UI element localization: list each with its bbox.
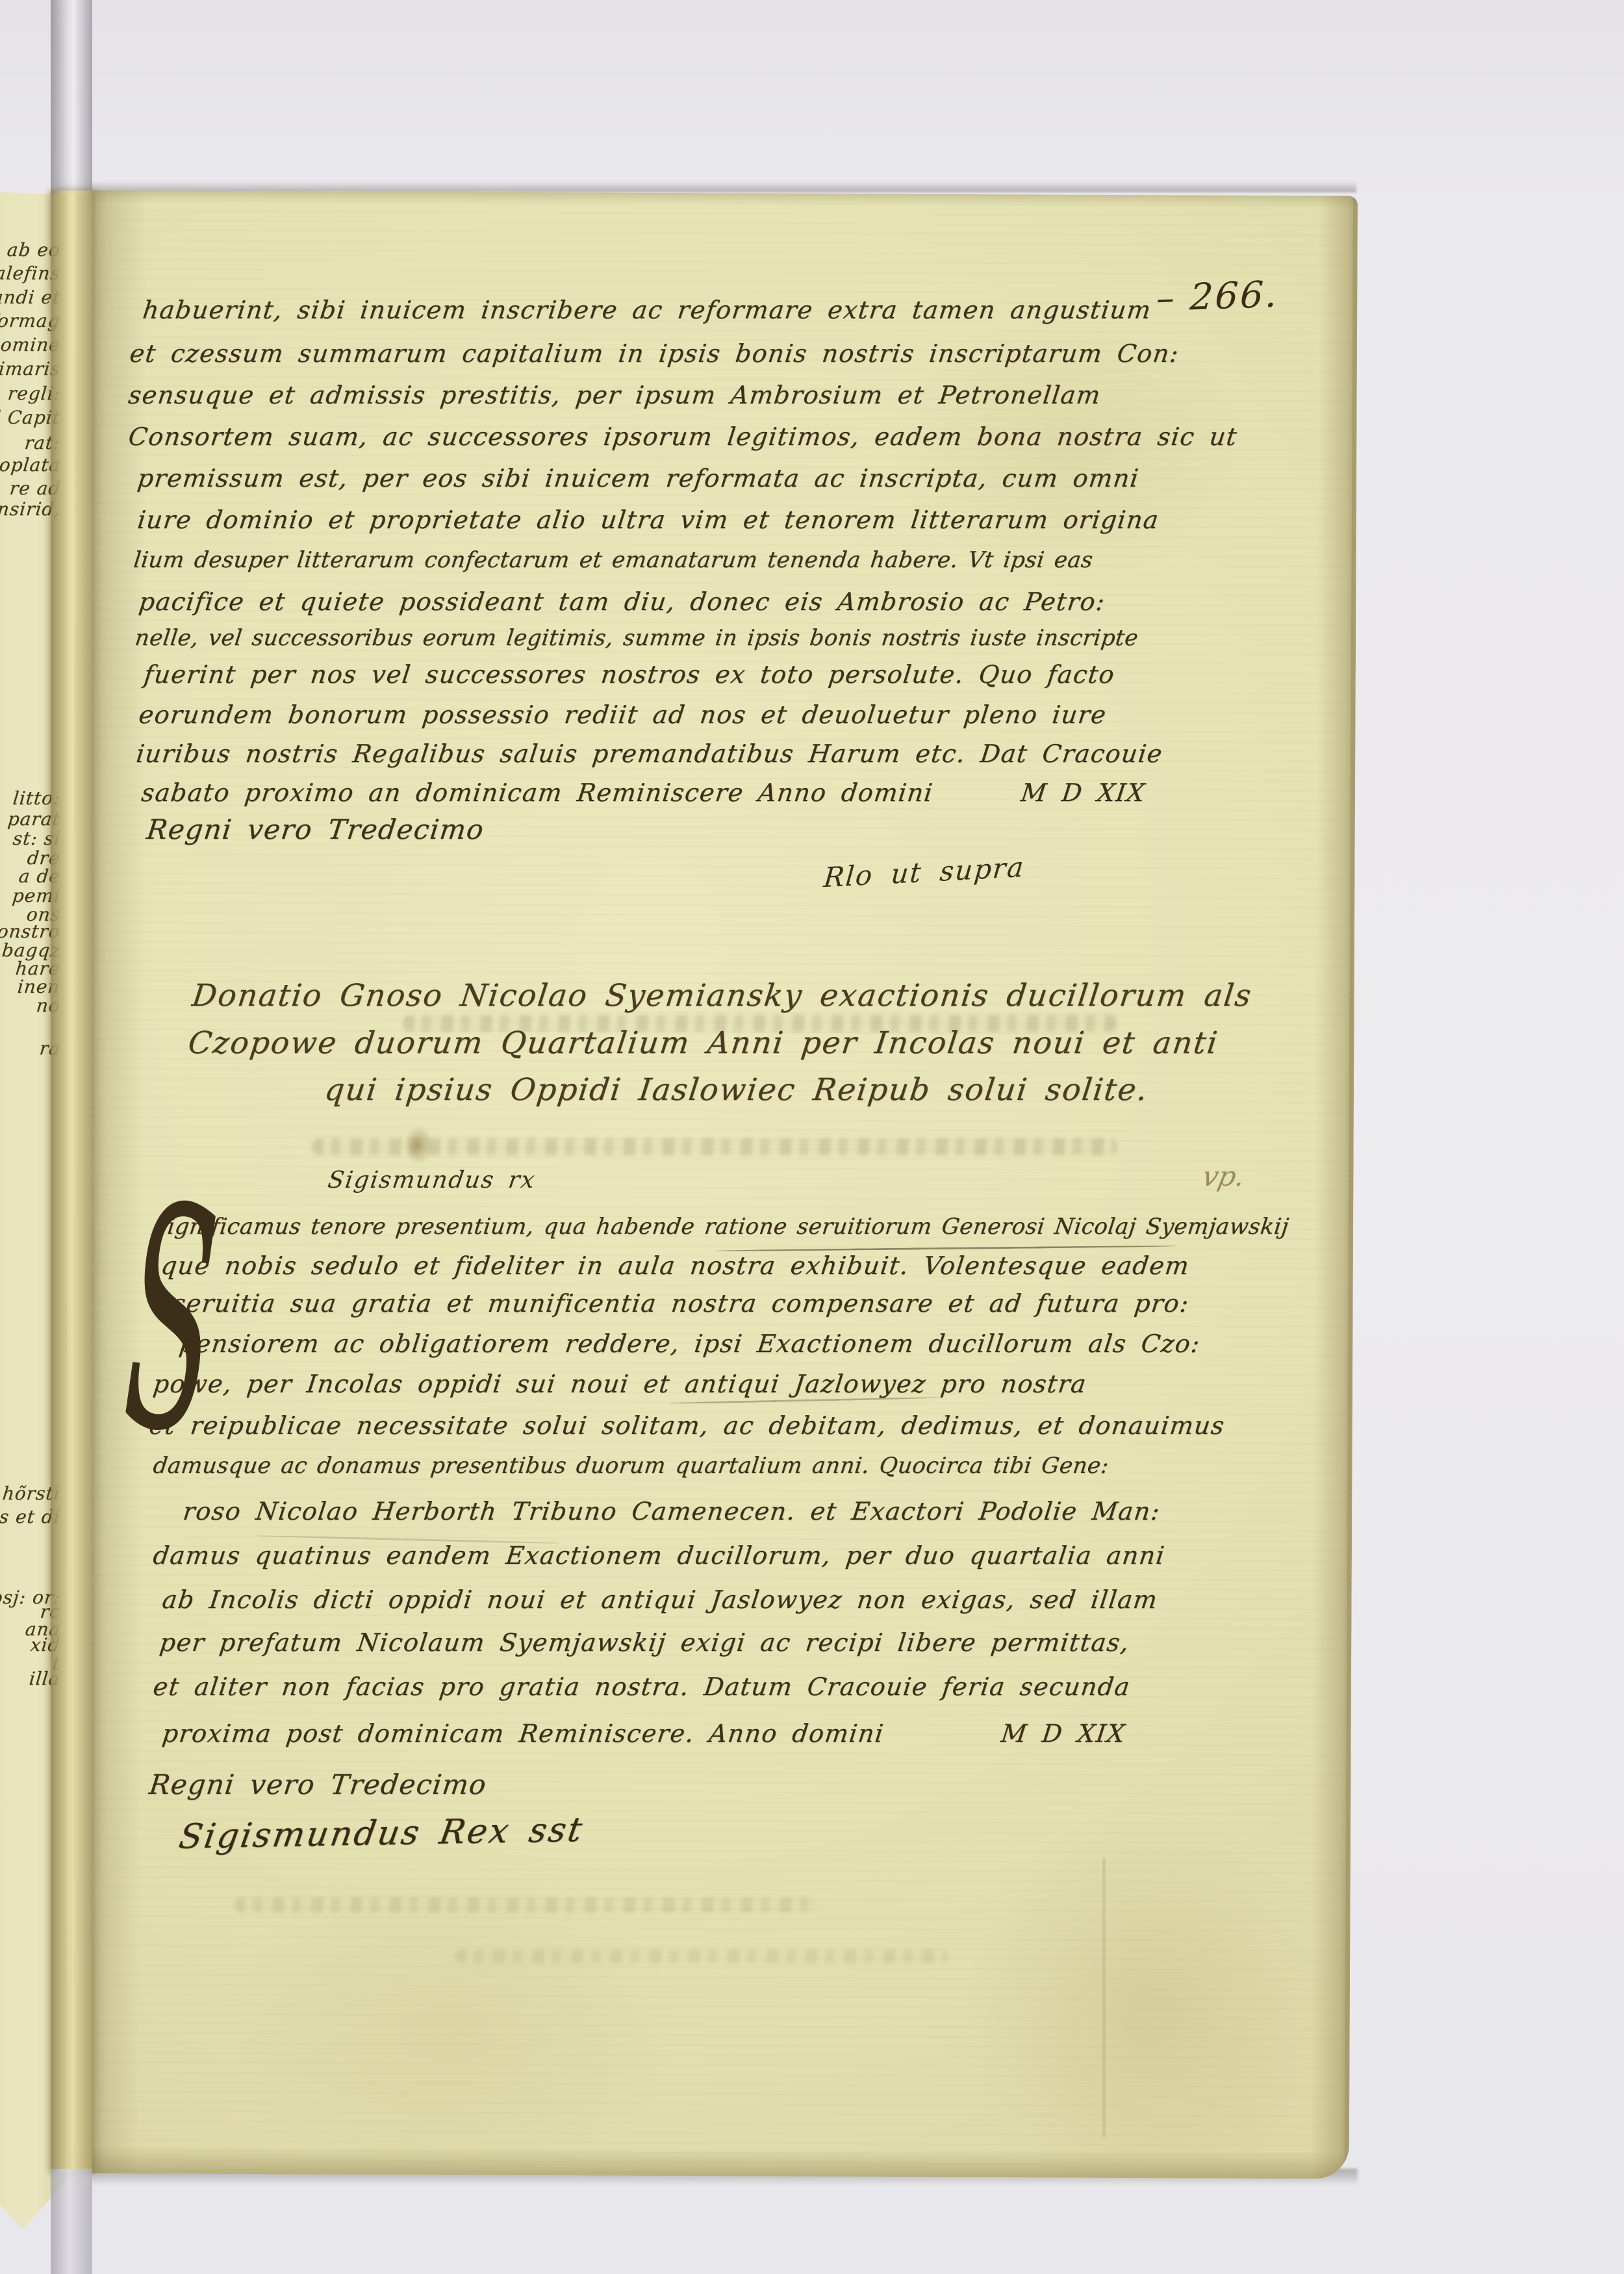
heading-line-2: Czopowe duorum Quartalium Anni per Incol… [186, 1025, 1221, 1061]
entry2-line: et reipublicae necessitate solui solitam… [147, 1411, 1226, 1440]
entry1-line: iure dominio et proprietate alio ultra v… [136, 505, 1161, 534]
paper-crease [1103, 1858, 1105, 2138]
entry1-line: premissum est, per eos sibi inuicem refo… [136, 464, 1141, 492]
entry2-line: seruitia sua gratia et munificentia nost… [171, 1289, 1191, 1318]
page-number: – 266. [1155, 274, 1280, 320]
entry2-line: pensiorem ac obligatiorem reddere, ipsi … [177, 1329, 1202, 1358]
relatio-note: Rlo ut supra [822, 851, 1026, 893]
glass-rod-top [51, 0, 92, 195]
entry1-line: Consortem suam, ac successores ipsorum l… [127, 422, 1239, 451]
margin-mark-vp: vp. [1200, 1160, 1248, 1192]
entry1-line: sabato proximo an dominicam Reminiscere … [140, 778, 1147, 807]
entry2-line: et aliter non facias pro gratia nostra. … [151, 1672, 1132, 1701]
glass-rod [51, 190, 92, 2173]
entry2-regni-line: Regni vero Tredecimo [147, 1769, 488, 1800]
entry2-line: damusque ac donamus presentibus duorum q… [152, 1453, 1111, 1479]
entry1-line: sensuque et admissis prestitis, per ipsu… [127, 381, 1102, 409]
heading-line-1: Donatio Gnoso Nicolao Syemiansky exactio… [190, 978, 1254, 1014]
entry1-line: nelle, vel successoribus eorum legitimis… [134, 625, 1140, 651]
entry2-line: ab Incolis dicti oppidi noui et antiqui … [160, 1585, 1160, 1614]
entry2-subheading: Sigismundus rx [326, 1167, 537, 1194]
entry1-line: et czessum summarum capitalium in ipsis … [128, 339, 1181, 368]
entry1-line: iuribus nostris Regalibus saluis premand… [134, 739, 1164, 768]
entry1-line: fuerint per nos vel successores nostros … [142, 660, 1117, 689]
entry2-line: proxima post dominicam Reminiscere. Anno… [160, 1719, 1127, 1748]
entry2-line: ignificamus tenore presentium, qua haben… [166, 1214, 1291, 1240]
manuscript-content: – 266. habuerint, sibi inuicem inscriber… [0, 0, 1624, 2274]
bleed-through-line [234, 1897, 818, 1913]
entry1-line: habuerint, sibi inuicem inscribere ac re… [141, 296, 1153, 324]
ink-stain [404, 1125, 433, 1164]
entry1-regni-line: Regni vero Tredecimo [145, 813, 486, 845]
entry1-line: lium desuper litterarum confectarum et e… [133, 547, 1095, 573]
entry2-line: per prefatum Nicolaum Syemjawskij exigi … [158, 1628, 1131, 1657]
glass-rod-bottom [51, 2169, 92, 2274]
bleed-through-line [312, 1138, 1117, 1155]
entry1-line: eorundem bonorum possessio rediit ad nos… [137, 700, 1108, 729]
entry1-line: pacifice et quiete possideant tam diu, d… [137, 587, 1107, 616]
entry2-line: que nobis sedulo et fideliter in aula no… [159, 1251, 1191, 1280]
heading-line-3: qui ipsius Oppidi Iaslowiec Reipub solui… [323, 1072, 1150, 1108]
entry2-line: roso Nicolao Herborth Tribuno Camenecen.… [181, 1497, 1162, 1526]
entry2-line: damus quatinus eandem Exactionem ducillo… [151, 1541, 1167, 1570]
royal-signature: Sigismundus Rex sst [176, 1810, 587, 1856]
entry2-line: powe, per Incolas oppidi sui noui et ant… [151, 1370, 1088, 1398]
bleed-through-line [455, 1949, 948, 1963]
